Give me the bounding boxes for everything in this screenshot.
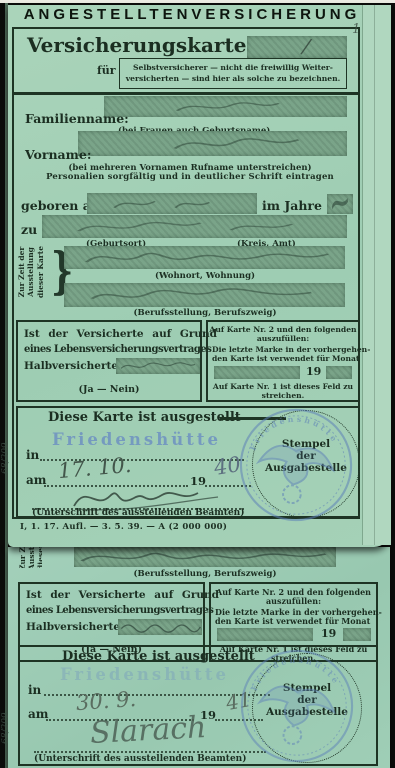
issued-header: Diese Karte ist ausgestellt — [48, 410, 241, 425]
redaction-bar-geburtsort — [42, 215, 347, 238]
beruf-note-card2: (Berufsstellung, Berufszweig) — [60, 569, 350, 579]
wohnort-note: (Wohnort, Wohnung) — [60, 271, 350, 281]
header-divider — [12, 92, 360, 95]
instruction-line4: den Karte ist verwendet für Monat — [212, 354, 359, 363]
handwriting-scribble — [42, 215, 347, 238]
question-line3: Halbversicherter? — [26, 621, 132, 633]
eagle-stamp-icon: Friedenshütte — [224, 638, 371, 768]
beruf-note: (Berufsstellung, Berufszweig) — [60, 308, 350, 318]
handwriting-scribble — [87, 193, 257, 214]
question-line1: Ist der Versicherte auf Grund — [26, 589, 219, 601]
fuer-note-line2: versicherten — sind hier als solche zu b… — [120, 73, 346, 84]
redaction-bar-monat — [214, 366, 300, 379]
instruction-line6: streichen. — [208, 391, 358, 400]
instruction-line3: Die letzte Marke in der vorhergehen- — [212, 345, 370, 354]
issue-date-handwriting: 30. 9. — [75, 687, 137, 715]
print-imprint: I, 1. 17. Aufl. — 3. 5. 39. — A (2 000 0… — [20, 522, 227, 532]
in-label: in — [26, 448, 39, 462]
handwriting-scribble — [64, 246, 345, 269]
scan-top-edge — [0, 0, 395, 3]
familienname-label: Familienname: — [25, 111, 129, 126]
issued-box-card2: Diese Karte ist ausgestellt Friedenshütt… — [18, 645, 378, 766]
eagle-stamp-icon: Friedenshütte — [226, 398, 365, 532]
year-prefix: 19 — [321, 627, 336, 640]
unterschrift-note: (Unterschrift des ausstellenden Beamten) — [34, 754, 246, 764]
card1-page-edge-strip — [362, 5, 391, 545]
scanned-document: Zur Zeit der Ausstellung dieser Karte (B… — [0, 0, 395, 768]
fuer-note-box: Selbstversicherer — nicht die freiwillig… — [119, 58, 347, 89]
fuer-note-line1: Selbstversicherer — nicht die freiwillig… — [120, 62, 346, 73]
vorname-label: Vorname: — [25, 147, 91, 162]
question-line3: Halbversicherter? — [24, 360, 130, 372]
edge-annotation-top: 68/209 — [1, 442, 11, 474]
redaction-bar-familienname — [104, 96, 347, 117]
card-title: ANGESTELLTENVERSICHERUNG — [12, 6, 372, 23]
instruction-line4: den Karte ist verwendet für Monat — [215, 616, 370, 626]
redaction-bar-wohnort — [64, 246, 345, 269]
handwriting-scribble — [74, 547, 336, 567]
handwriting-scribble — [118, 619, 202, 635]
question-line2: eines Lebensversicherungsvertrages — [26, 605, 213, 616]
unterschrift-note: (Unterschrift des ausstellenden Beamten) — [32, 508, 244, 518]
question-line1: Ist der Versicherte auf Grund — [24, 328, 217, 340]
year-prefix: 19 — [306, 365, 321, 378]
question-box-card1: Ist der Versicherte auf Grund eines Lebe… — [16, 320, 202, 402]
card-number-handwriting: 1 — [352, 22, 360, 37]
redaction-bar-beruf-card2 — [74, 547, 336, 567]
question-line2: eines Lebensversicherungsvertrages — [24, 344, 211, 355]
redaction-bar-jahr — [327, 194, 353, 214]
edge-annotation-bottom: 68/209 — [1, 712, 11, 744]
redaction-bar-jahr2 — [326, 366, 352, 379]
side-label-text: Zur Zeit der Ausstellung dieser Karte — [18, 546, 42, 568]
page-edge-crease — [374, 5, 375, 545]
redaction-bar-monat-card2 — [217, 628, 313, 641]
issued-box-card1: Diese Karte ist ausgestellt Friedenshütt… — [16, 406, 360, 518]
redaction-bar-geburtsdatum — [87, 193, 257, 214]
instruction-line5: Auf Karte Nr. 1 ist dieses Feld zu — [208, 382, 358, 391]
ja-nein-note: (Ja — Nein) — [18, 384, 200, 395]
redaction-bar-halbversichert — [116, 358, 200, 374]
redaction-bar-halbversichert-card2 — [118, 619, 202, 635]
vorname-note2: Personalien sorgfältig und in deutlicher… — [40, 172, 340, 182]
handwriting-scribble — [64, 283, 345, 307]
handwriting-scribble — [116, 358, 200, 374]
card2-side-label-fragment: Zur Zeit der Ausstellung dieser Karte — [16, 546, 42, 568]
in-label: in — [28, 683, 41, 697]
redaction-bar-vorname — [78, 131, 347, 156]
instruction-line1: Auf Karte Nr. 2 und den folgenden — [208, 325, 358, 334]
card-number-redaction — [247, 36, 347, 58]
jahr-label: im Jahre 1 — [262, 198, 335, 213]
side-label: Zur Zeit der Ausstellung dieser Karte — [17, 235, 45, 309]
instruction-line2: auszufüllen: — [208, 334, 358, 343]
handwriting-scribble — [104, 96, 347, 117]
handwriting-scribble — [78, 131, 347, 156]
fuer-label: für — [97, 64, 116, 77]
issued-header: Diese Karte ist ausgestellt — [62, 649, 255, 664]
instruction-line2: auszufüllen: — [211, 596, 376, 606]
redaction-bar-beruf — [64, 283, 345, 307]
handwriting-scribble — [327, 194, 353, 214]
instruction-box-card1: Auf Karte Nr. 2 und den folgenden auszuf… — [206, 320, 360, 402]
redaction-bar-jahr-card2 — [343, 628, 371, 641]
